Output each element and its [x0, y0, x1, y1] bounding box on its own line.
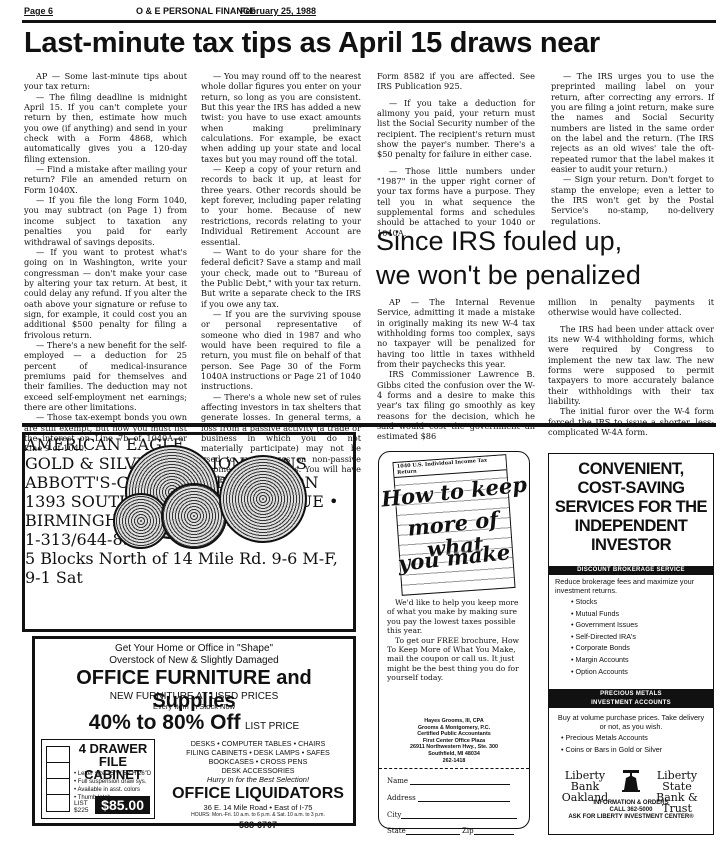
logo-text: Liberty State [645, 770, 709, 792]
paragraph: The IRS had been under attack over its n… [548, 324, 714, 407]
ad-tax-body: We'd like to help you keep more of what … [387, 598, 521, 683]
top-rule [22, 20, 716, 23]
main-headline: Last-minute tax tips as April 15 draws n… [24, 27, 714, 60]
coupon-address-field[interactable]: Address [387, 793, 510, 802]
headline-line: SERVICES FOR THE [549, 498, 713, 517]
second-headline-line-1: Since IRS fouled up, [376, 224, 721, 258]
main-story-column-1: AP — Some last-minute tips about your ta… [24, 71, 187, 454]
items-line-4: DESK ACCESSORIES [161, 766, 355, 775]
headline-line: INDEPENDENT [549, 517, 713, 536]
cpa-line: First Center Office Plaza [379, 738, 529, 745]
ad-office-line2: Overstock of New & Slightly Damaged [35, 655, 353, 666]
cpa-info: Hayes Grooms, III, CPA Grooms & Montgome… [379, 718, 529, 764]
liberty-headline: CONVENIENT, COST-SAVING SERVICES FOR THE… [549, 460, 713, 555]
liberty-footer: INFORMATION & ORDERS CALL 362-5000 ASK F… [549, 800, 713, 821]
headline-line: COST-SAVING [549, 479, 713, 498]
store-name: OFFICE LIQUIDATORS [161, 785, 355, 803]
service-item: Government Issues [571, 619, 638, 631]
hurry-text: Hurry In for the Best Selection! [161, 775, 355, 785]
paragraph: To get our FREE brochure, How To Keep Mo… [387, 636, 521, 683]
paragraph: — You may round off to the nearest whole… [201, 71, 361, 164]
coin-icon [161, 483, 227, 549]
section-name: O & E PERSONAL FINANCE [136, 6, 255, 16]
second-headline: Since IRS fouled up, we won't be penaliz… [376, 224, 721, 292]
feature-item: Available in asst. colors [74, 786, 151, 794]
main-story-column-3: Form 8582 if you are affected. See IRS P… [377, 71, 535, 238]
paragraph: IRS Commissioner Lawrence B. Gibbs cited… [377, 369, 535, 441]
sale-price: $85.00 [95, 796, 150, 814]
coupon-form: Name Address City State Zip [379, 768, 529, 769]
coins-illustration [125, 445, 305, 541]
brokerage-services-list: Stocks Mutual Funds Government Issues Se… [571, 596, 638, 677]
paragraph: — Find a mistake after mailing your retu… [24, 164, 187, 195]
paragraph: The initial furor over the W-4 form forc… [548, 406, 714, 437]
service-item: Margin Accounts [571, 654, 638, 666]
ad-office-line4: Every Item In Stock Now [35, 702, 353, 711]
city-label: City [387, 811, 401, 819]
paragraph: AP — Some last-minute tips about your ta… [24, 71, 187, 92]
paragraph: — If you take a deduction for alimony yo… [377, 98, 535, 160]
paragraph: — If you want to protest what's going on… [24, 247, 187, 340]
service-item: Option Accounts [571, 666, 638, 678]
paragraph: — The filing deadline is midnight April … [24, 92, 187, 164]
ads-divider-rule [22, 423, 716, 427]
items-line-2: FILING CABINETS • DESK LAMPS • SAFES [161, 748, 355, 757]
cpa-line: 26911 Northwestern Hwy., Ste. 300 [379, 744, 529, 751]
discount-text: 40% to 80% Off [89, 711, 241, 734]
service-item: Stocks [571, 596, 638, 608]
paragraph: — If you are the surviving spouse or per… [201, 309, 361, 392]
metals-services-list: Precious Metals Accounts Coins or Bars i… [561, 732, 662, 755]
zip-label: Zip [462, 827, 474, 835]
feature-item: Full suspension draw sys. [74, 778, 151, 786]
band-discount-brokerage: DISCOUNT BROKERAGE SERVICE [549, 566, 713, 575]
service-item: Coins or Bars in Gold or Silver [561, 744, 662, 756]
ad-office-furniture: Get Your Home or Office in "Shape" Overs… [32, 636, 356, 826]
service-item: Self-Directed IRA's [571, 631, 638, 643]
liberty-bank-oakland-logo: Liberty Bank Oakland [553, 770, 617, 803]
coin-icon [219, 455, 307, 543]
store-address: 36 E. 14 Mile Road • East of I-75 [161, 803, 355, 812]
paragraph: million in penalty payments it otherwise… [548, 297, 714, 318]
feature-item: Letter size 15"W 52"H 26"D [74, 770, 151, 778]
state-label: State [387, 827, 406, 835]
file-cabinet-offer: 4 DRAWER FILE CABINET Letter size 15"W 5… [41, 739, 155, 819]
headline-line: INVESTOR [549, 536, 713, 555]
name-label: Name [387, 777, 408, 785]
paragraph: We'd like to help you keep more of what … [387, 598, 521, 636]
paragraph: — Want to do your share for the federal … [201, 247, 361, 309]
coupon-city-field[interactable]: City [387, 810, 517, 819]
ad-office-line1: Get Your Home or Office in "Shape" [35, 643, 353, 654]
cpa-line: Southfield, MI 48034 [379, 751, 529, 758]
band-precious-metals: PRECIOUS METALS INVESTMENT ACCOUNTS [549, 689, 713, 708]
cpa-line: Grooms & Montgomery, P.C. [379, 725, 529, 732]
list-label: LIST [74, 800, 88, 807]
paragraph: — There's a new benefit for the self-emp… [24, 340, 187, 412]
footer-line: INFORMATION & ORDERS [549, 800, 713, 807]
store-phone: 588-6707 [161, 819, 355, 831]
paragraph: AP — The Internal Revenue Service, admit… [377, 297, 535, 369]
footer-line: CALL 362-5000 [549, 807, 713, 814]
service-item: Mutual Funds [571, 608, 638, 620]
headline-line: CONVENIENT, [549, 460, 713, 479]
paragraph: — If you file the long Form 1040, you ma… [24, 195, 187, 247]
discount-suffix: LIST PRICE [245, 721, 299, 732]
coupon-name-field[interactable]: Name [387, 776, 510, 785]
main-story-column-4: — The IRS urges you to use the preprinte… [551, 71, 714, 226]
band-line: PRECIOUS METALS [549, 690, 713, 699]
list-price: $225 [74, 807, 88, 814]
service-item: Precious Metals Accounts [561, 732, 662, 744]
ad-american-eagle: AMERICAN EAGLE GOLD & SILVER BULLION COI… [22, 432, 356, 632]
cpa-line: 262-1418 [379, 758, 529, 765]
items-line-3: BOOKCASES • CROSS PENS [161, 757, 355, 766]
issue-date: February 25, 1988 [240, 6, 316, 16]
folio-line: Page 6 O & E PERSONAL FINANCE February 2… [24, 6, 714, 18]
service-item: Corporate Bonds [571, 642, 638, 654]
store-hours: HOURS: Mon.-Fri. 10 a.m. to 6 p.m. & Sat… [161, 812, 355, 819]
ad-office-line3: NEW FURNITURE AT USED PRICES [35, 691, 353, 702]
second-story-column-1: AP — The Internal Revenue Service, admit… [377, 297, 535, 442]
ad-office-discount: 40% to 80% Off LIST PRICE [35, 711, 353, 735]
liberty-text-1: Reduce brokerage fees and maximize your … [555, 578, 707, 595]
paragraph: — The IRS urges you to use the preprinte… [551, 71, 714, 174]
liberty-bell-icon [621, 770, 641, 792]
paragraph: — Keep a copy of your return and records… [201, 164, 361, 247]
second-story-column-2: million in penalty payments it otherwise… [548, 297, 714, 437]
cpa-line: Hayes Grooms, III, CPA [379, 718, 529, 725]
cpa-line: Certified Public Accountants [379, 731, 529, 738]
file-cabinet-icon [46, 746, 70, 812]
paragraph: — Sign your return. Don't forget to stam… [551, 174, 714, 226]
ad-liberty-bank: CONVENIENT, COST-SAVING SERVICES FOR THE… [548, 453, 714, 835]
footer-line: ASK FOR LIBERTY INVESTMENT CENTER® [549, 814, 713, 821]
liberty-text-2: Buy at volume purchase prices. Take deli… [555, 714, 707, 731]
office-items-block: DESKS • COMPUTER TABLES • CHAIRS FILING … [161, 739, 355, 831]
address-label: Address [387, 794, 416, 802]
logo-text: Liberty Bank [553, 770, 617, 792]
ad-tax-brochure: 1040 U.S. Individual Income Tax Return H… [378, 451, 530, 829]
items-line-1: DESKS • COMPUTER TABLES • CHAIRS [161, 739, 355, 748]
second-headline-line-2: we won't be penalized [376, 258, 721, 292]
paragraph: Form 8582 if you are affected. See IRS P… [377, 71, 535, 92]
band-line: INVESTMENT ACCOUNTS [549, 699, 713, 708]
list-price-label: LIST $225 [74, 800, 88, 814]
ad-eagle-hours: 5 Blocks North of 14 Mile Rd. 9-6 M-F, 9… [25, 549, 353, 587]
page-number: Page 6 [24, 6, 53, 16]
coupon-state-zip-field[interactable]: State Zip [387, 826, 514, 835]
